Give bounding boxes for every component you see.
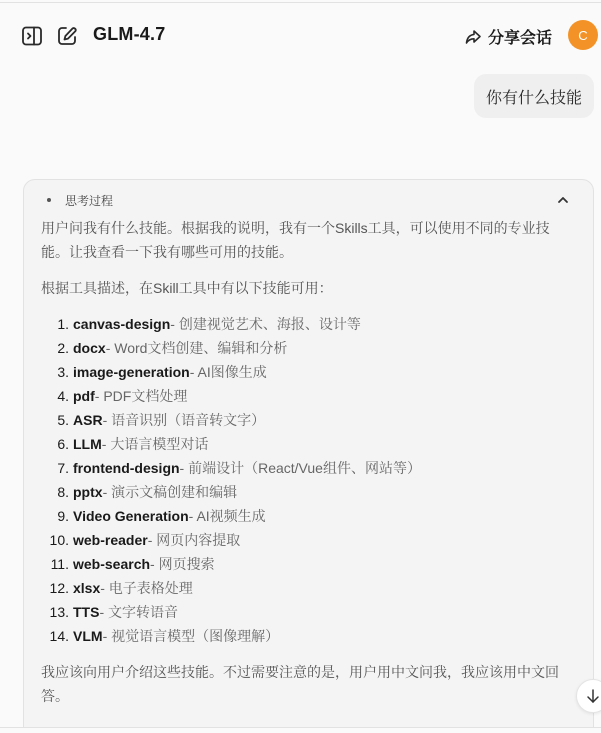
- skill-number: 7.: [41, 456, 73, 480]
- skill-name: xlsx: [73, 576, 100, 600]
- new-chat-icon[interactable]: [56, 25, 78, 47]
- skill-number: 8.: [41, 480, 73, 504]
- skill-number: 12.: [41, 576, 73, 600]
- skill-desc: - 大语言模型对话: [102, 432, 209, 456]
- user-message: 你有什么技能: [474, 74, 594, 118]
- share-icon: [464, 28, 482, 46]
- skill-item: 12.xlsx - 电子表格处理: [41, 576, 561, 600]
- skill-number: 6.: [41, 432, 73, 456]
- bullet-icon: [47, 198, 51, 202]
- skill-name: pdf: [73, 384, 95, 408]
- skill-item: 1.canvas-design - 创建视觉艺术、海报、设计等: [41, 312, 561, 336]
- skill-desc: - 前端设计（React/Vue组件、网站等）: [180, 456, 421, 480]
- skills-list: 1.canvas-design - 创建视觉艺术、海报、设计等 2.docx -…: [41, 312, 561, 648]
- skill-number: 9.: [41, 504, 73, 528]
- skill-name: VLM: [73, 624, 103, 648]
- skill-number: 14.: [41, 624, 73, 648]
- skill-desc: - 网页内容提取: [148, 528, 241, 552]
- skill-name: pptx: [73, 480, 103, 504]
- skill-name: ASR: [73, 408, 103, 432]
- skill-item: 8.pptx - 演示文稿创建和编辑: [41, 480, 561, 504]
- skill-name: canvas-design: [73, 312, 170, 336]
- skill-item: 6.LLM - 大语言模型对话: [41, 432, 561, 456]
- skill-desc: - AI图像生成: [190, 360, 267, 384]
- arrow-down-icon: [585, 688, 601, 704]
- thinking-lead: 根据工具描述，在Skill工具中有以下技能可用：: [41, 276, 561, 300]
- share-label: 分享会话: [488, 25, 552, 48]
- share-button[interactable]: 分享会话: [464, 25, 552, 48]
- chevron-up-icon[interactable]: [556, 195, 570, 205]
- skill-number: 3.: [41, 360, 73, 384]
- skill-desc: - 视觉语言模型（图像理解）: [103, 624, 280, 648]
- model-title[interactable]: GLM-4.7: [93, 24, 165, 45]
- skill-item: 11.web-search - 网页搜索: [41, 552, 561, 576]
- thinking-toggle[interactable]: 思考过程: [24, 180, 593, 218]
- skill-item: 7.frontend-design - 前端设计（React/Vue组件、网站等…: [41, 456, 561, 480]
- bottom-divider: [0, 727, 601, 733]
- thinking-intro: 用户问我有什么技能。根据我的说明，我有一个Skills工具，可以使用不同的专业技…: [41, 216, 561, 264]
- skill-name: frontend-design: [73, 456, 180, 480]
- skill-name: image-generation: [73, 360, 190, 384]
- skill-item: 2.docx - Word文档创建、编辑和分析: [41, 336, 561, 360]
- skill-number: 5.: [41, 408, 73, 432]
- thinking-content: 用户问我有什么技能。根据我的说明，我有一个Skills工具，可以使用不同的专业技…: [41, 216, 561, 720]
- skill-item: 10.web-reader - 网页内容提取: [41, 528, 561, 552]
- skill-number: 10.: [41, 528, 73, 552]
- skill-name: web-search: [73, 552, 150, 576]
- skill-desc: - 演示文稿创建和编辑: [103, 480, 238, 504]
- skill-desc: - 语音识别（语音转文字）: [103, 408, 266, 432]
- skill-name: LLM: [73, 432, 102, 456]
- skill-number: 11.: [41, 552, 73, 576]
- skill-desc: - AI视频生成: [189, 504, 266, 528]
- skill-name: Video Generation: [73, 504, 189, 528]
- thinking-panel: 思考过程 用户问我有什么技能。根据我的说明，我有一个Skills工具，可以使用不…: [23, 179, 594, 733]
- thinking-label: 思考过程: [65, 192, 113, 209]
- skill-number: 2.: [41, 336, 73, 360]
- skill-desc: - 电子表格处理: [100, 576, 193, 600]
- skill-desc: - 文字转语音: [99, 600, 178, 624]
- skill-item: 4.pdf - PDF文档处理: [41, 384, 561, 408]
- skill-desc: - PDF文档处理: [95, 384, 188, 408]
- skill-desc: - 创建视觉艺术、海报、设计等: [170, 312, 361, 336]
- skill-name: TTS: [73, 600, 99, 624]
- skill-number: 1.: [41, 312, 73, 336]
- skill-number: 13.: [41, 600, 73, 624]
- skill-desc: - Word文档创建、编辑和分析: [106, 336, 288, 360]
- skill-number: 4.: [41, 384, 73, 408]
- thinking-conclusion: 我应该向用户介绍这些技能。不过需要注意的是，用户用中文问我，我应该用中文回答。: [41, 660, 561, 708]
- skill-item: 5.ASR - 语音识别（语音转文字）: [41, 408, 561, 432]
- sidebar-toggle-icon[interactable]: [21, 25, 43, 47]
- skill-desc: - 网页搜索: [150, 552, 215, 576]
- skill-item: 14.VLM - 视觉语言模型（图像理解）: [41, 624, 561, 648]
- user-avatar[interactable]: C: [568, 20, 598, 50]
- skill-name: docx: [73, 336, 106, 360]
- skill-name: web-reader: [73, 528, 148, 552]
- skill-item: 13.TTS - 文字转语音: [41, 600, 561, 624]
- header: GLM-4.7 分享会话 C: [0, 0, 601, 70]
- skill-item: 9.Video Generation - AI视频生成: [41, 504, 561, 528]
- skill-item: 3.image-generation - AI图像生成: [41, 360, 561, 384]
